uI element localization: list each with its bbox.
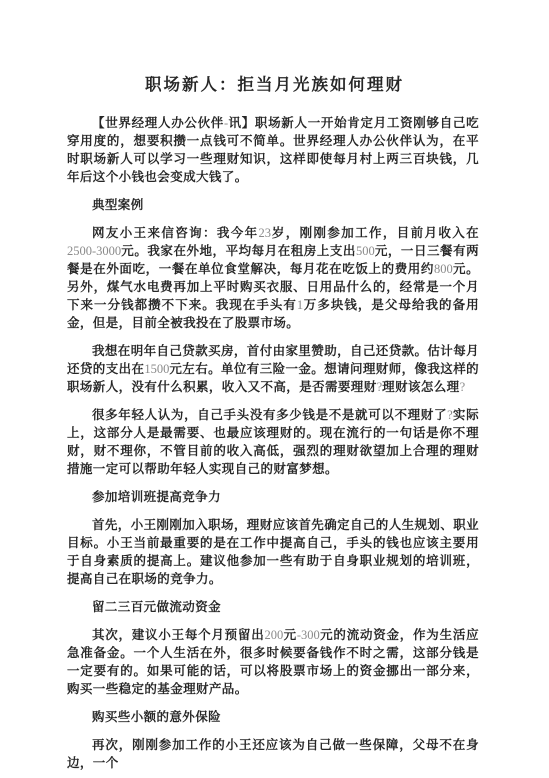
section-heading-training: 参加培训班提高竞争力 xyxy=(67,488,479,506)
paragraph-insurance: 再次，刚刚参加工作的小王还应该为自己做一些保障，父母不在身边，一个 xyxy=(67,736,479,772)
paragraph-liquid-funds: 其次，建议小王每个月预留出200元-300元的流动资金，作为生活应急准备金。一个… xyxy=(67,626,479,698)
paragraph-case-question: 我想在明年自己贷款买房，首付由家里赞助，自己还贷款。估计每月还贷的支出在1500… xyxy=(67,342,479,396)
paragraph-training: 首先，小王刚刚加入职场，理财应该首先确定自己的人生规划、职业目标。小王当前最重要… xyxy=(67,516,479,588)
paragraph-intro: 【世界经理人办公伙伴-讯】职场新人一开始肯定月工资刚够自己吃穿用度的，想要积攒一… xyxy=(67,114,479,186)
document-page: 职场新人：拒当月光族如何理财 【世界经理人办公伙伴-讯】职场新人一开始肯定月工资… xyxy=(0,0,549,778)
section-heading-typical-case: 典型案例 xyxy=(67,196,479,214)
paragraph-advice-overview: 很多年轻人认为，自己手头没有多少钱是不是就可以不理财了?实际上，这部分人是最需要… xyxy=(67,406,479,478)
section-heading-liquid-funds: 留二三百元做流动资金 xyxy=(67,598,479,616)
section-heading-insurance: 购买些小额的意外保险 xyxy=(67,708,479,726)
article-title: 职场新人：拒当月光族如何理财 xyxy=(40,74,509,96)
article-body: 【世界经理人办公伙伴-讯】职场新人一开始肯定月工资刚够自己吃穿用度的，想要积攒一… xyxy=(0,114,549,772)
paragraph-case-letter: 网友小王来信咨询：我今年23岁，刚刚参加工作，目前月收入在2500-3000元。… xyxy=(67,224,479,332)
